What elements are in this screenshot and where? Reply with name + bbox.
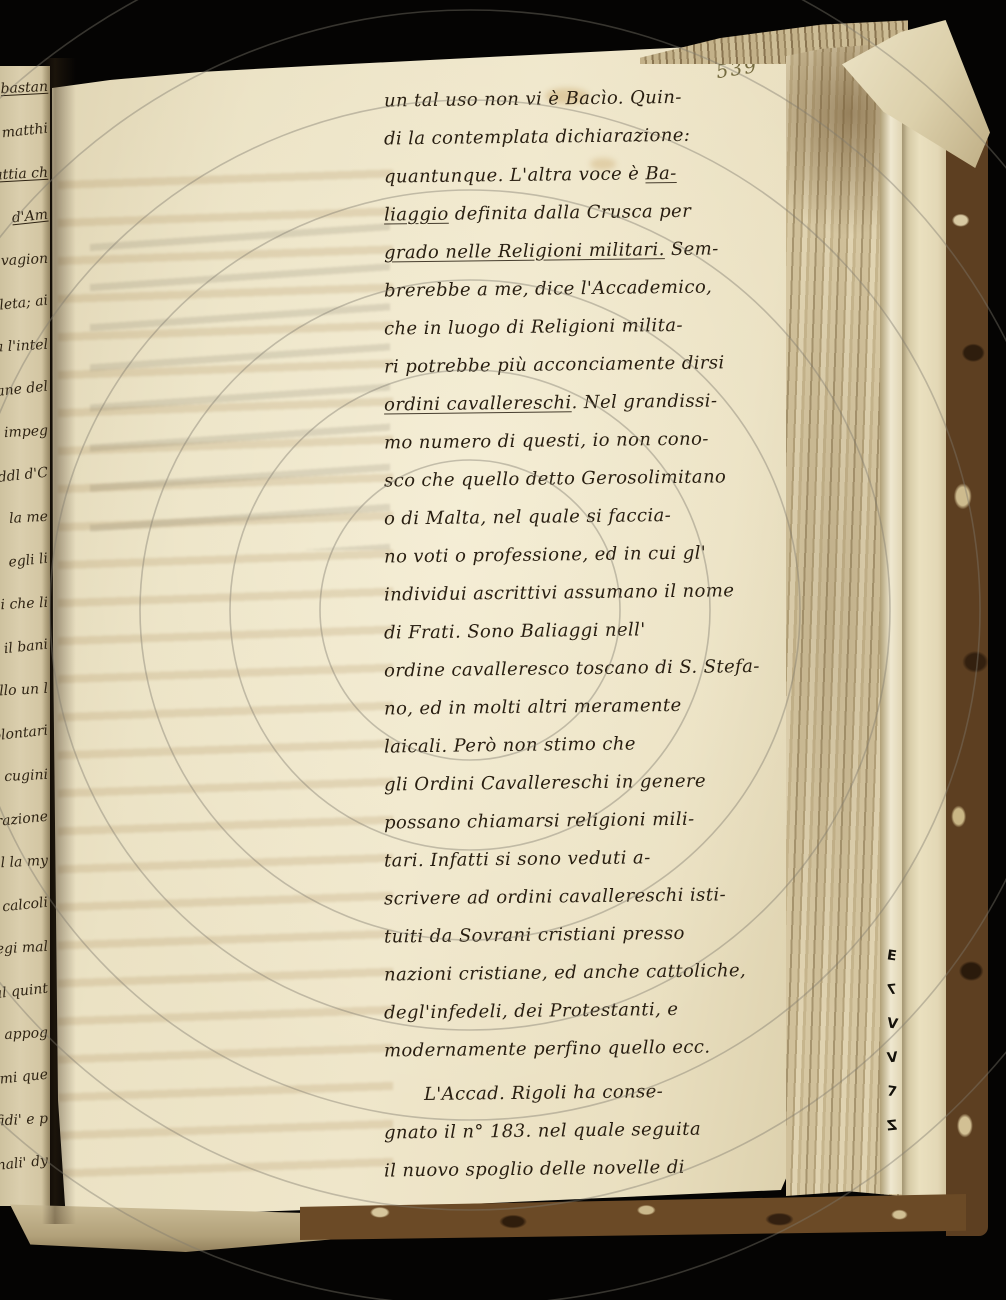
previous-page-text-fragment: agnel la my <box>0 839 50 885</box>
manuscript-line: che in luogo di Religioni milita- <box>384 305 796 348</box>
previous-page-text-fragment: ugia l'intel <box>0 323 50 369</box>
previous-page-text-fragment: volontari <box>0 709 50 757</box>
previous-page-text-fragment: bastan <box>0 66 50 110</box>
previous-page-text-fragment: ù mi que <box>0 1053 50 1101</box>
edge-mark-glyph: E <box>886 947 898 964</box>
previous-page-text-fragment: da calcoli <box>0 881 50 929</box>
previous-page-edge: bastanmatthilattia chd'Amaliavagiongleta… <box>0 66 50 1206</box>
edge-mark-glyph: V <box>886 1015 899 1032</box>
previous-page-text-fragment: ddl d'C <box>0 451 50 499</box>
manuscript-line: di la contemplata dichiarazione: <box>384 115 796 158</box>
manuscript-photo: bastanmatthilattia chd'Amaliavagiongleta… <box>0 0 1006 1300</box>
previous-page-text-fragment: o impeg <box>0 409 50 455</box>
edge-mark-glyph: 7 <box>886 982 897 999</box>
previous-page-text-fragment: egli li <box>0 537 50 585</box>
manuscript-line: o di Malta, nel quale si faccia- <box>384 495 796 538</box>
manuscript-line: di Frati. Sono Baliaggi nell' <box>384 609 796 652</box>
manuscript-line: gnato il n° 183. nel quale seguita <box>384 1109 796 1152</box>
manuscript-line: modernamente perfino quello ecc. <box>384 1027 796 1070</box>
manuscript-line: scrivere ad ordini cavallereschi isti- <box>384 875 796 918</box>
manuscript-line: tuiti da Sovrani cristiani presso <box>384 913 796 956</box>
previous-page-text-fragment: ingegi mal <box>0 925 50 971</box>
edge-mark-glyph: Z <box>886 1118 898 1135</box>
previous-page-text-fragment: mi cugini <box>0 753 50 799</box>
edge-mark-glyph: V <box>886 1049 898 1066</box>
manuscript-line: mo numero di questi, io non cono- <box>384 419 796 462</box>
previous-page-text-fragment: dai' appog <box>0 1011 50 1057</box>
previous-page-text-fragment: mali' dy <box>0 1139 50 1187</box>
previous-page-text-fragment: spirazione <box>0 795 50 843</box>
previous-page-text-fragment: la me <box>0 495 50 541</box>
manuscript-line: gli Ordini Cavallereschi in genere <box>384 761 796 804</box>
manuscript-line: nazioni cristiane, ed anche cattoliche, <box>384 951 796 994</box>
manuscript-line: degl'infedeli, dei Protestanti, e <box>384 989 796 1032</box>
manuscript-line: sco che quello detto Gerosolimitano <box>384 457 796 500</box>
previous-page-text-fragment: gleta; ai <box>0 279 50 327</box>
manuscript-line: grado nelle Religioni militari. Sem- <box>384 229 796 272</box>
previous-page-text-fragment: il bani <box>0 623 50 671</box>
manuscript-line: un tal uso non vi è Bacìo. Quin- <box>384 77 796 120</box>
manuscript-line: L'Accad. Rigoli ha conse- <box>384 1071 796 1114</box>
manuscript-line: ordini cavallereschi. Nel grandissi- <box>384 381 796 424</box>
manuscript-line: il nuovo spoglio delle novelle di <box>384 1147 796 1190</box>
manuscript-line: brerebbe a me, dice l'Accademico, <box>384 267 796 310</box>
previous-page-text-fragment: Di che li <box>0 581 50 627</box>
previous-page-text-fragment: miane del <box>0 365 50 413</box>
fore-edge-print-marks: E7VV7Z <box>882 948 902 1134</box>
manuscript-line: ordine cavalleresco toscano di S. Stefa- <box>384 647 796 690</box>
manuscript-line: no voti o professione, ed in cui gl' <box>384 533 796 576</box>
manuscript-text-column: un tal uso non vi è Bacìo. Quin-di la co… <box>384 80 796 1188</box>
manuscript-line: laicali. Però non stimo che <box>384 723 796 766</box>
previous-page-text-fragment: matthi <box>0 107 50 155</box>
manuscript-line: individui ascrittivi assumano il nome <box>384 571 796 614</box>
manuscript-line: quantunque. L'altra voce è Ba- <box>384 153 796 196</box>
manuscript-page: 539 un tal uso non vi è Bacìo. Quin-di l… <box>50 40 798 1222</box>
ink-showthrough-upper <box>90 220 390 550</box>
marbled-cover-board <box>946 132 988 1236</box>
previous-page-text-fragment: fidi' e p <box>0 1097 50 1143</box>
previous-page-text-fragment: al quint <box>0 967 50 1015</box>
manuscript-line: liaggio definita dalla Crusca per <box>384 191 796 234</box>
flyleaf-edge <box>902 48 948 1198</box>
edge-mark-glyph: 7 <box>886 1083 898 1100</box>
previous-page-text-fragment: d'Am <box>0 193 50 241</box>
manuscript-line: possano chiamarsi religioni mili- <box>384 799 796 842</box>
manuscript-line: tari. Infatti si sono veduti a- <box>384 837 796 880</box>
manuscript-line: no, ed in molti altri meramente <box>384 685 796 728</box>
manuscript-line: ri potrebbe più acconciamente dirsi <box>384 343 796 386</box>
previous-page-text-fragment: aliavagion <box>0 237 50 283</box>
previous-page-text-fragment: miello un l <box>0 667 50 713</box>
previous-page-text-fragment: lattia ch <box>0 151 50 197</box>
